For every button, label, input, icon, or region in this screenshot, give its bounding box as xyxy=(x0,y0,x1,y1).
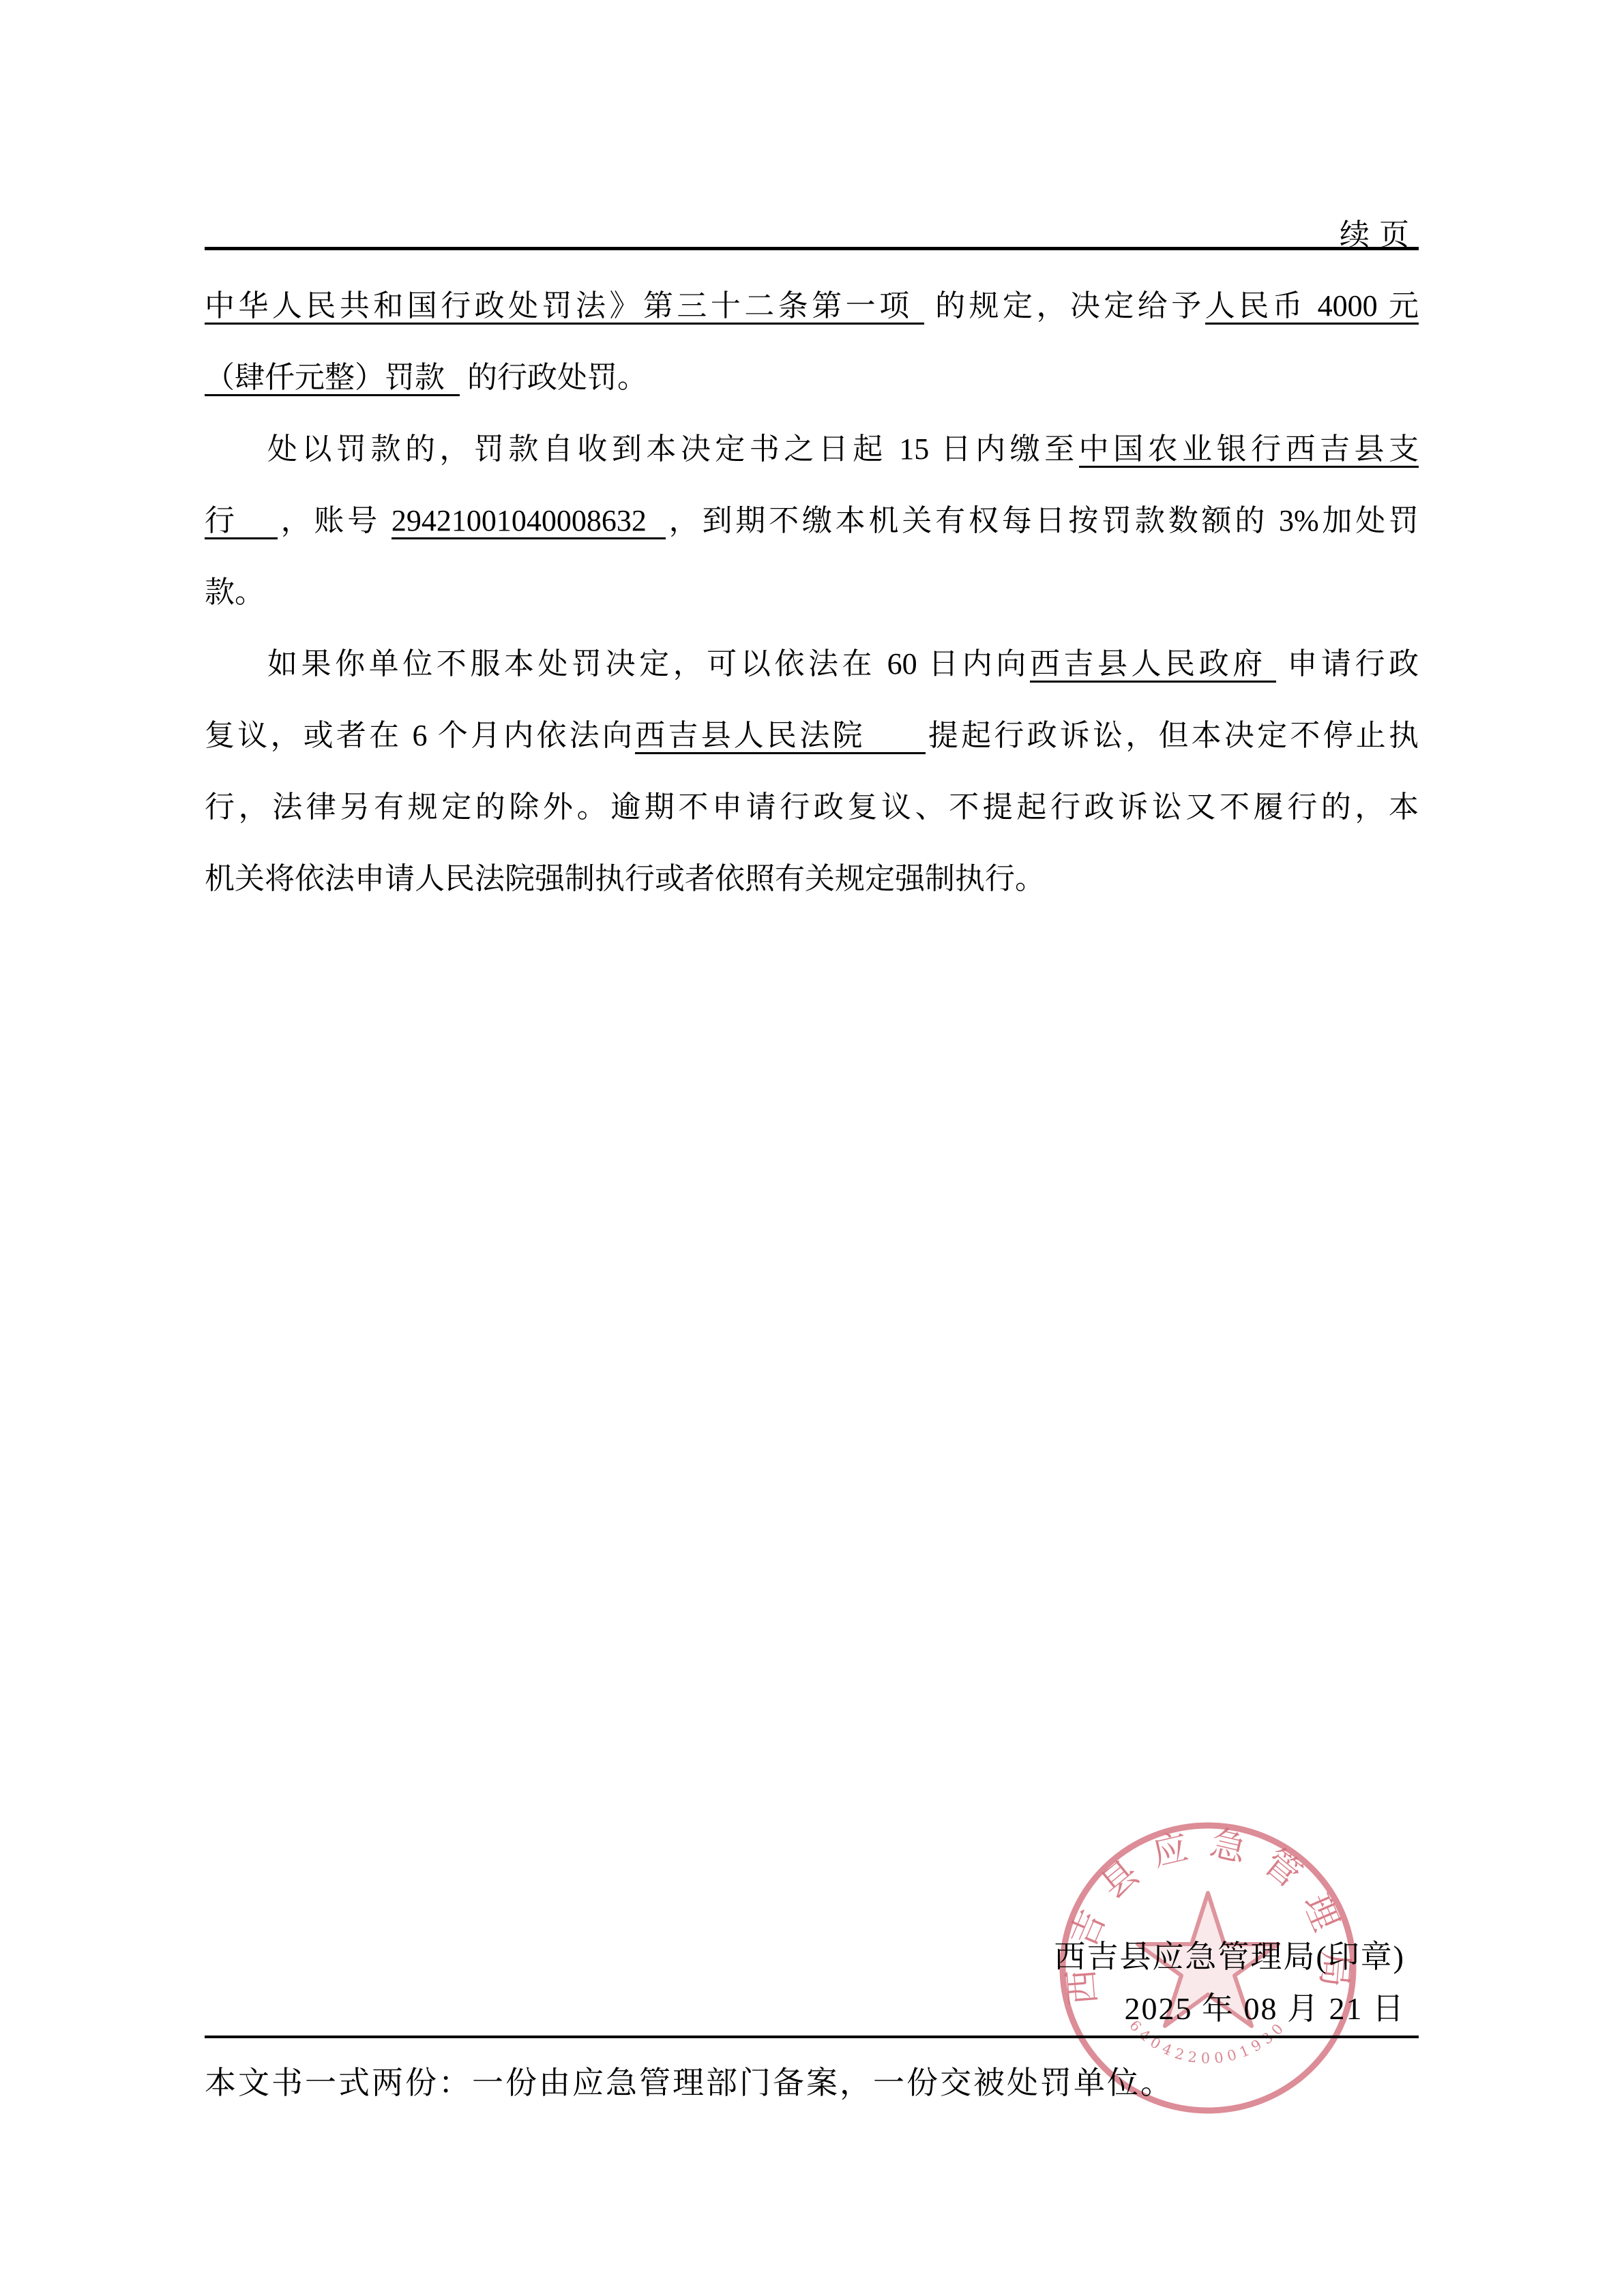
body-text: 行，法律另有规定的除外。逾期不申请行政复议、不提起行政诉讼又不履行的，本 xyxy=(205,790,1419,824)
signature-date: 2025 年 08 月 21 日 xyxy=(1054,1983,1405,2035)
underlined-bank-name: 中国农业银行西吉县支 xyxy=(1079,432,1419,468)
body-text: 提起行政诉讼，但本决定不停止执 xyxy=(926,719,1419,752)
body-text: 复议，或者在 6 个月内依法向 xyxy=(205,719,635,752)
body-line-8: 行，法律另有规定的除外。逾期不申请行政复议、不提起行政诉讼又不履行的，本 xyxy=(205,771,1419,843)
underlined-account-number: 29421001040008632 xyxy=(392,504,647,539)
body-text: 款。 xyxy=(205,576,265,609)
body-text: ，账号 xyxy=(278,504,392,537)
underline-blank xyxy=(647,537,666,539)
underlined-review-authority: 西吉县人民政府 xyxy=(1030,647,1267,683)
body-text: 处以罚款的，罚款自收到本决定书之日起 15 日内缴至 xyxy=(267,432,1079,466)
body-line-5: 款。 xyxy=(205,556,1419,628)
underline-blank xyxy=(913,323,924,325)
underlined-fine-amount: 人民币 4000 元 xyxy=(1205,289,1419,325)
footer-rule xyxy=(205,2036,1419,2038)
body-text: 申请行政 xyxy=(1276,647,1419,681)
underline-blank xyxy=(238,537,278,539)
underline-blank xyxy=(866,752,926,754)
underlined-bank-name-cont: 行 xyxy=(205,504,238,539)
document-body: 中华人民共和国行政处罚法》第三十二条第一项 的规定，决定给予人民币 4000 元… xyxy=(205,270,1419,914)
underline-blank xyxy=(1267,681,1276,683)
body-text: ，到期不缴本机关有权每日按罚款数额的 3%加处罚 xyxy=(666,504,1419,537)
signature-block: 西吉县应急管理局(印章) 2025 年 08 月 21 日 xyxy=(1054,1931,1405,2035)
body-line-3: 处以罚款的，罚款自收到本决定书之日起 15 日内缴至中国农业银行西吉县支 xyxy=(205,413,1419,485)
footer-note: 本文书一式两份：一份由应急管理部门备案，一份交被处罚单位。 xyxy=(205,2058,1501,2103)
body-line-6: 如果你单位不服本处罚决定，可以依法在 60 日内向西吉县人民政府 申请行政 xyxy=(205,628,1419,700)
header-rule xyxy=(205,247,1419,250)
signature-agency: 西吉县应急管理局(印章) xyxy=(1054,1931,1405,1983)
body-text: 的规定，决定给予 xyxy=(924,289,1205,323)
underlined-law-reference: 中华人民共和国行政处罚法》第三十二条第一项 xyxy=(205,289,913,325)
body-line-2: （肆仟元整）罚款 的行政处罚。 xyxy=(205,342,1419,413)
body-line-4: 行，账号 29421001040008632，到期不缴本机关有权每日按罚款数额的… xyxy=(205,485,1419,556)
body-text: 如果你单位不服本处罚决定，可以依法在 60 日内向 xyxy=(267,647,1030,681)
body-line-7: 复议，或者在 6 个月内依法向西吉县人民法院提起行政诉讼，但本决定不停止执 xyxy=(205,700,1419,771)
body-line-9: 机关将依法申请人民法院强制执行或者依照有关规定强制执行。 xyxy=(205,843,1419,914)
body-text: 机关将依法申请人民法院强制执行或者依照有关规定强制执行。 xyxy=(205,862,1045,895)
body-line-1: 中华人民共和国行政处罚法》第三十二条第一项 的规定，决定给予人民币 4000 元 xyxy=(205,270,1419,342)
underline-blank xyxy=(445,394,460,396)
underlined-court-name: 西吉县人民法院 xyxy=(635,719,866,754)
underlined-fine-amount-words: （肆仟元整）罚款 xyxy=(205,361,445,396)
body-text: 的行政处罚。 xyxy=(460,361,647,394)
document-page: 续页 中华人民共和国行政处罚法》第三十二条第一项 的规定，决定给予人民币 400… xyxy=(0,0,1624,2296)
